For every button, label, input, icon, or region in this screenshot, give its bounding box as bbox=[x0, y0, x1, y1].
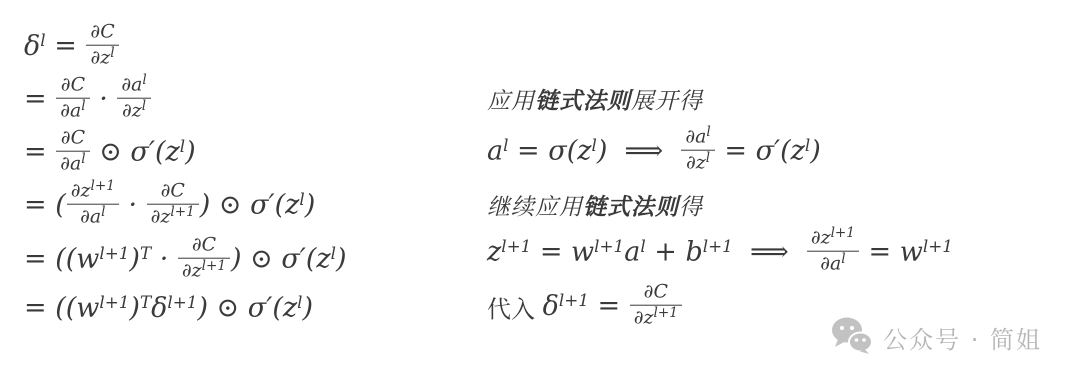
derivation-line-5: = ((wl+1)T · ∂C∂zl+1) ⊙ σ′(zl) bbox=[24, 237, 347, 284]
derivation-line-6: = ((wl+1)Tδl+1) ⊙ σ′(zl) bbox=[24, 293, 313, 324]
derivation-page: δl = ∂C∂zl = ∂C∂al · ∂al∂zl = ∂C∂al ⊙ σ′… bbox=[0, 0, 1080, 374]
formula: zl+1 = wl+1al + bl+1 ⟹ ∂zl+1∂al = wl+1 bbox=[487, 230, 953, 277]
watermark-label: 公众号 · 简姐 bbox=[883, 320, 1042, 355]
derivation-line-1: δl = ∂C∂zl bbox=[24, 24, 120, 71]
derivation-line-4: = (∂zl+1∂al · ∂C∂zl+1) ⊙ σ′(zl) bbox=[24, 183, 315, 230]
annotation-text: 继续应用 bbox=[487, 195, 583, 221]
annotation-chain-rule-continue: 继续应用链式法则得 bbox=[487, 189, 703, 222]
derivation-line-2: = ∂C∂al · ∂al∂zl bbox=[24, 77, 152, 124]
annotation-text: 得 bbox=[679, 195, 703, 221]
annotation-lead: 代入 bbox=[487, 290, 543, 325]
wechat-icon bbox=[831, 317, 873, 358]
annotation-bold-text: 链式法则 bbox=[583, 195, 679, 221]
annotation-chain-rule-expand: 应用链式法则展开得 bbox=[487, 83, 703, 116]
watermark: 公众号 · 简姐 bbox=[831, 317, 1042, 358]
formula: δl+1 = ∂C∂zl+1 bbox=[543, 284, 683, 331]
annotation-substitute-delta: 代入 δl+1 = ∂C∂zl+1 bbox=[487, 284, 683, 331]
formula: al = σ(zl) ⟹ ∂al∂zl = σ′(zl) bbox=[487, 129, 821, 176]
annotation-text: 展开得 bbox=[631, 89, 703, 115]
annotation-formula-activation: al = σ(zl) ⟹ ∂al∂zl = σ′(zl) bbox=[487, 129, 821, 176]
annotation-text: 应用 bbox=[487, 89, 535, 115]
annotation-bold-text: 链式法则 bbox=[535, 89, 631, 115]
annotation-formula-linear: zl+1 = wl+1al + bl+1 ⟹ ∂zl+1∂al = wl+1 bbox=[487, 230, 953, 277]
derivation-line-3: = ∂C∂al ⊙ σ′(zl) bbox=[24, 130, 196, 177]
